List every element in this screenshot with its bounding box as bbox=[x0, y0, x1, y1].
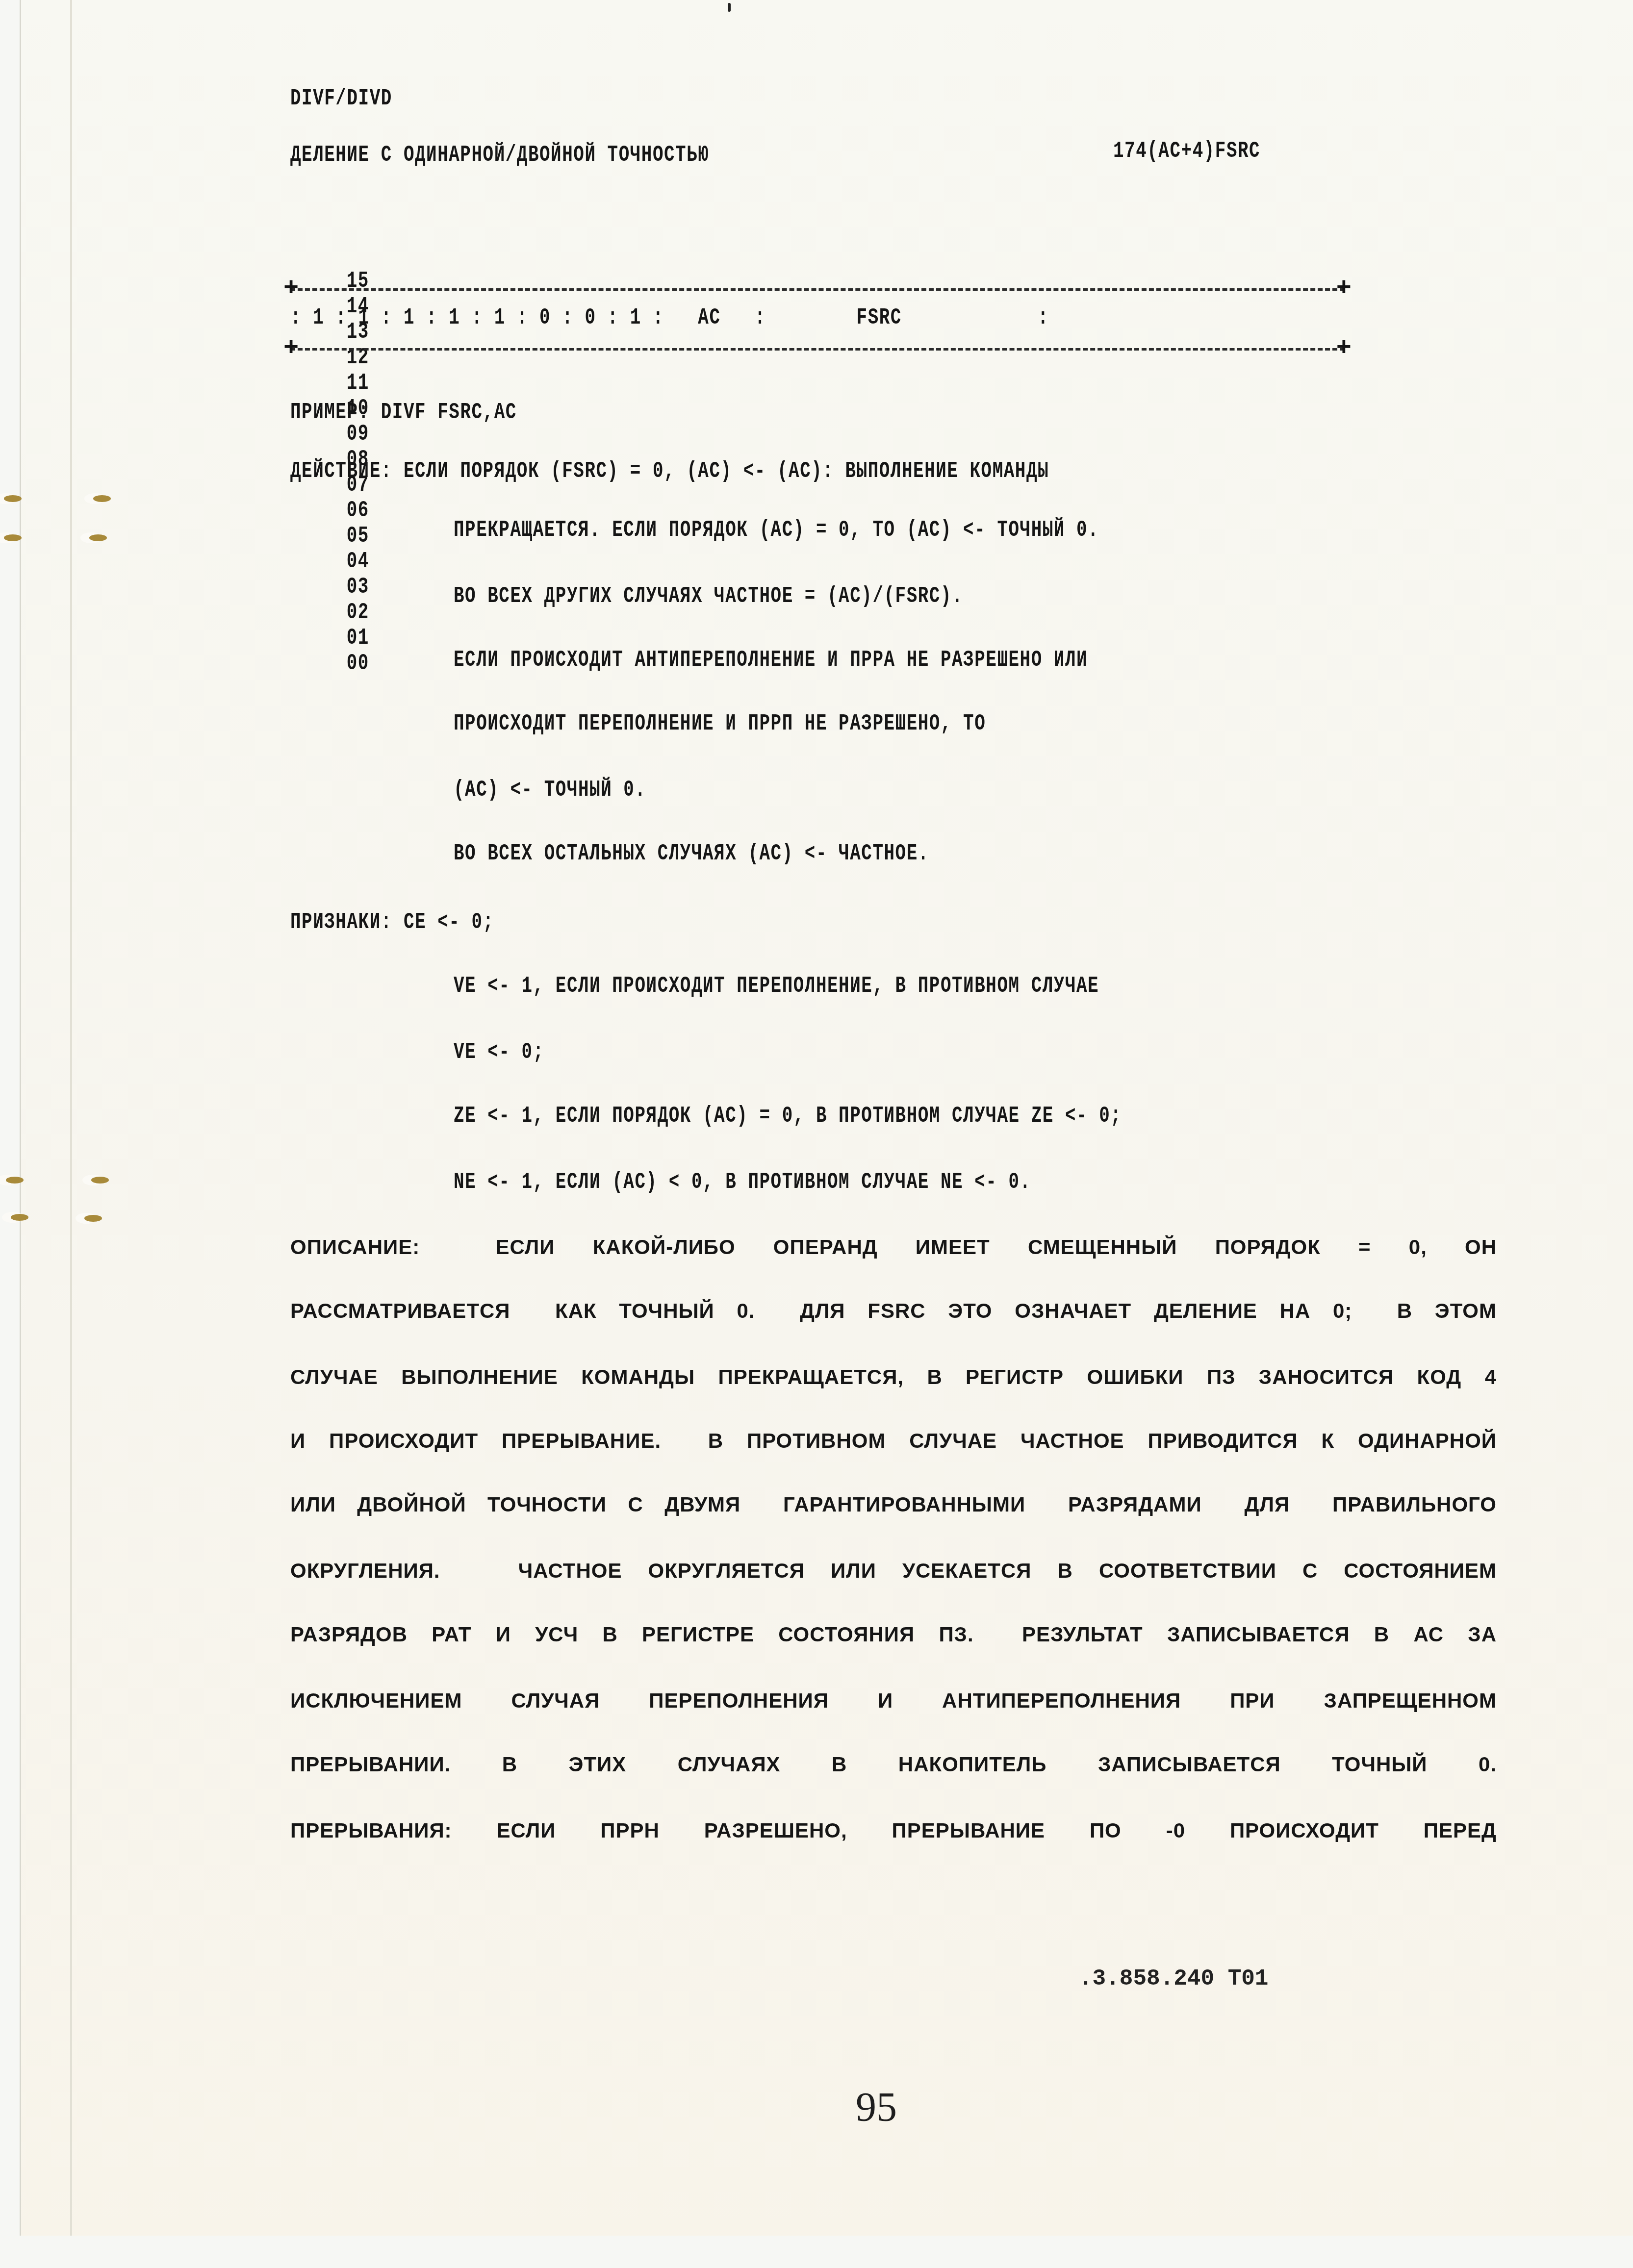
description-text: РАЗРЯДОВ РАТ И УСЧ В РЕГИСТРЕ СОСТОЯНИЯ … bbox=[290, 1623, 1497, 1646]
binder-hole-icon bbox=[84, 1215, 102, 1222]
action-label: ДЕЙСТВИЕ: bbox=[290, 458, 392, 484]
action-text: ЕСЛИ ПОРЯДОК (FSRC) = 0, (AC) <- (AC): В… bbox=[404, 458, 1049, 484]
binder-hole-icon bbox=[93, 495, 111, 502]
example-line: ПРИМЕР: DIVF FSRC,AC bbox=[290, 400, 517, 425]
flags-label: ПРИЗНАКИ: bbox=[290, 909, 392, 935]
description-text: РАССМАТРИВАЕТСЯ КАК ТОЧНЫЙ 0. ДЛЯ FSRC Э… bbox=[290, 1299, 1497, 1323]
description-text: ИСКЛЮЧЕНИЕМ СЛУЧАЯ ПЕРЕПОЛНЕНИЯ И АНТИПЕ… bbox=[290, 1689, 1497, 1713]
flags-text: VE <- 1, ЕСЛИ ПРОИСХОДИТ ПЕРЕПОЛНЕНИЕ, В… bbox=[454, 973, 1099, 999]
action-text: ВО ВСЕХ ДРУГИХ СЛУЧАЯХ ЧАСТНОЕ = (AC)/(F… bbox=[454, 583, 963, 609]
description-text: ОКРУГЛЕНИЯ. ЧАСТНОЕ ОКРУГЛЯЕТСЯ ИЛИ УСЕК… bbox=[290, 1559, 1497, 1583]
binder-hole-icon bbox=[89, 534, 107, 541]
flags-text: NE <- 1, ЕСЛИ (AC) < 0, В ПРОТИВНОМ СЛУЧ… bbox=[454, 1169, 1031, 1195]
bit-number: 04 bbox=[347, 549, 369, 574]
bit-number: 11 bbox=[347, 370, 369, 396]
flags-line: ПРИЗНАКИ: CE <- 0; bbox=[290, 909, 494, 935]
description-text: ПРЕРЫВАНИИ. В ЭТИХ СЛУЧАЯХ В НАКОПИТЕЛЬ … bbox=[290, 1753, 1497, 1776]
bit-layout-row: : 1 : 1 : 1 : 1 : 1 : 0 : 0 : 1 : AC : F… bbox=[290, 305, 1049, 330]
page-fold-line bbox=[70, 0, 72, 2236]
bit-number: 06 bbox=[347, 498, 369, 523]
binder-hole-icon bbox=[11, 1214, 28, 1221]
interrupts-text: ПРЕРЫВАНИЯ: ЕСЛИ ПРРН РАЗРЕШЕНО, ПРЕРЫВА… bbox=[290, 1819, 1497, 1842]
action-line: ДЕЙСТВИЕ: ЕСЛИ ПОРЯДОК (FSRC) = 0, (AC) … bbox=[290, 458, 1049, 484]
instruction-opcode: 174(AC+4)FSRC bbox=[1113, 138, 1260, 164]
binder-hole-icon bbox=[4, 534, 22, 541]
example-label: ПРИМЕР: bbox=[290, 400, 370, 425]
flags-text: VE <- 0; bbox=[454, 1039, 544, 1065]
action-text: ЕСЛИ ПРОИСХОДИТ АНТИПЕРЕПОЛНЕНИЕ И ПРРА … bbox=[454, 647, 1088, 673]
bit-number: 02 bbox=[347, 600, 369, 625]
description-text: ОПИСАНИЕ: ЕСЛИ КАКОЙ-ЛИБО ОПЕРАНД ИМЕЕТ … bbox=[290, 1235, 1497, 1259]
description-text: И ПРОИСХОДИТ ПРЕРЫВАНИЕ. В ПРОТИВНОМ СЛУ… bbox=[290, 1429, 1497, 1453]
document-code: .3.858.240 Т01 bbox=[1079, 1966, 1268, 1991]
bit-table-top-border bbox=[290, 288, 1345, 291]
binder-hole-icon bbox=[91, 1177, 109, 1184]
example-value: DIVF FSRC,AC bbox=[381, 400, 517, 425]
bit-number: 05 bbox=[347, 523, 369, 549]
action-text: ПРЕКРАЩАЕТСЯ. ЕСЛИ ПОРЯДОК (AC) = 0, ТО … bbox=[454, 517, 1099, 543]
binder-hole-icon bbox=[6, 1177, 24, 1184]
instruction-mnemonic: DIVF/DIVD bbox=[290, 86, 392, 111]
bit-table-bottom-border bbox=[290, 348, 1345, 351]
flags-text: ZE <- 1, ЕСЛИ ПОРЯДОК (AC) = 0, В ПРОТИВ… bbox=[454, 1103, 1122, 1129]
description-text: ИЛИ ДВОЙНОЙ ТОЧНОСТИ С ДВУМЯ ГАРАНТИРОВА… bbox=[290, 1493, 1497, 1516]
bit-number: 01 bbox=[347, 625, 369, 651]
action-text: ПРОИСХОДИТ ПЕРЕПОЛНЕНИЕ И ПРРП НЕ РАЗРЕШ… bbox=[454, 711, 986, 736]
bit-number: 00 bbox=[347, 651, 369, 676]
instruction-title: ДЕЛЕНИЕ С ОДИНАРНОЙ/ДВОЙНОЙ ТОЧНОСТЬЮ bbox=[290, 142, 709, 168]
flags-text: CE <- 0; bbox=[404, 909, 494, 935]
top-ink-mark bbox=[728, 3, 731, 12]
binder-hole-icon bbox=[4, 495, 22, 502]
page-number: 95 bbox=[856, 2084, 897, 2131]
description-text: СЛУЧАЕ ВЫПОЛНЕНИЕ КОМАНДЫ ПРЕКРАЩАЕТСЯ, … bbox=[290, 1365, 1497, 1389]
action-text: (AC) <- ТОЧНЫЙ 0. bbox=[454, 777, 646, 803]
bit-number: 03 bbox=[347, 574, 369, 600]
action-text: ВО ВСЕХ ОСТАЛЬНЫХ СЛУЧАЯХ (AC) <- ЧАСТНО… bbox=[454, 841, 929, 866]
